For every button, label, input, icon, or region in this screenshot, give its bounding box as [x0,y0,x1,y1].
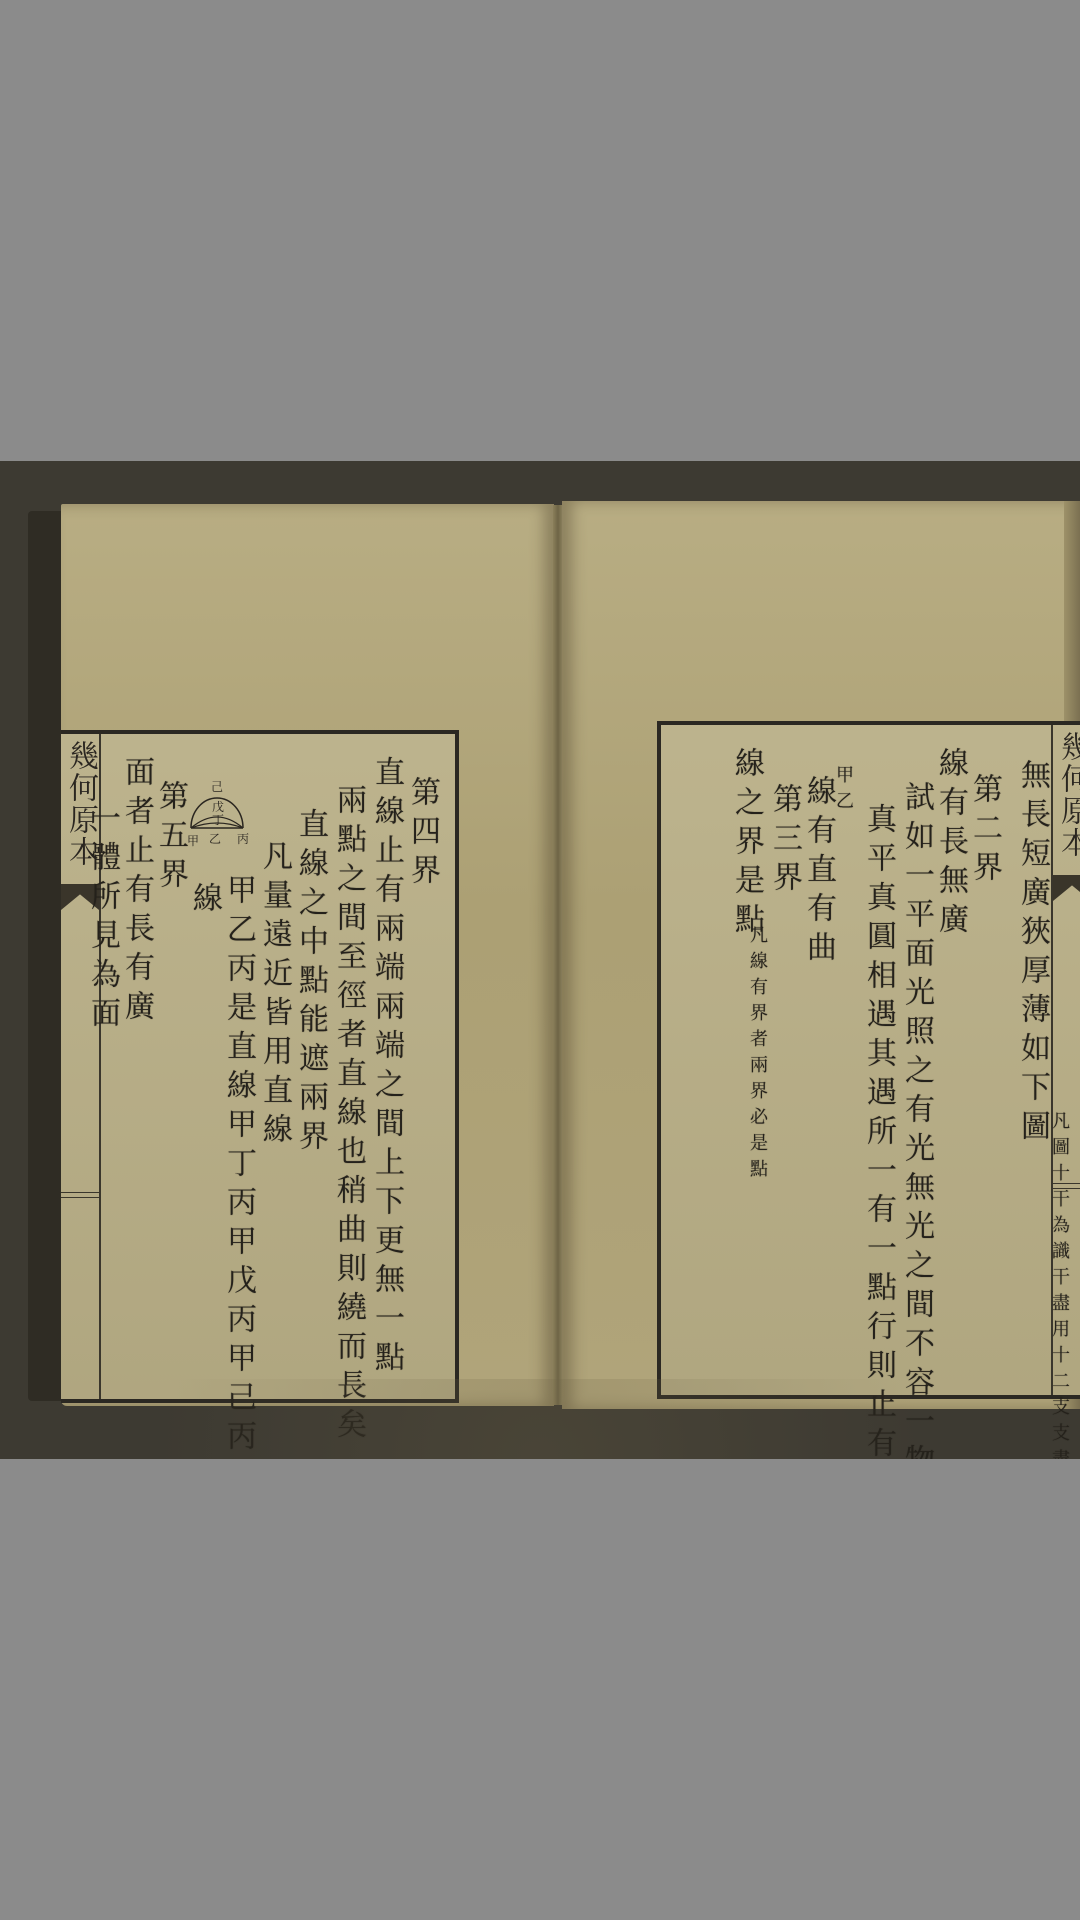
book-photo[interactable]: 甲乙丙丁而一有兩 其點若干是所 幾何原本 第四界 直線止有兩端兩端之間上下更無一… [0,461,1080,1459]
text-column: 直線止有兩端兩端之間上下更無一點 [369,756,403,1380]
text-column: 真平真圓相遇其遇所一有一點行則止有一線 [861,803,895,1459]
diagram-label: 甲 [187,832,199,849]
text-column: 線有直有曲 [801,775,835,970]
text-column: 無長短廣狹厚薄如下圖 [1015,759,1049,1149]
table-surface [0,1379,1080,1459]
arc-diagram: 己 戊 丁 甲 乙 丙 [187,784,247,844]
heading-column: 第二界 [967,773,1001,890]
right-page: 大如體平 如光寶其 幾何原本 無長短廣狹厚薄如下圖 凡圖十干為識干盡用十二支支盡… [562,501,1080,1409]
left-page-frame: 幾何原本 第四界 直線止有兩端兩端之間上下更無一點 兩點之間至徑者直線也稍曲則繞… [61,730,459,1403]
diagram-label: 己 [211,778,223,795]
viewer-bottom-band [0,1459,1080,1920]
heading-column: 第四界 [405,776,439,893]
heading-column: 第五界 [153,780,187,897]
note-column: 凡線有界者兩界必是點 [723,925,767,1185]
text-column: 凡量遠近皆用直線 [257,840,291,1152]
banxin-title: 幾何原本 [1053,731,1080,859]
text-column: 線有長無廣 [933,747,967,942]
diagram-label: 丁 [212,811,224,828]
text-column: 甲乙丙是直線甲丁丙甲戊丙甲己丙皆是曲 [221,874,255,1459]
text-column: 線之界是點 [729,747,763,942]
left-page: 甲乙丙丁而一有兩 其點若干是所 幾何原本 第四界 直線止有兩端兩端之間上下更無一… [61,504,554,1406]
text-column: 線 [187,882,221,921]
text-column: 一體所見為面 [85,802,119,1036]
fishtail-mark [1053,875,1080,901]
right-page-frame: 幾何原本 無長短廣狹厚薄如下圖 凡圖十干為識干盡用十二支支盡用八卦八音 第二界 … [657,721,1080,1399]
viewer-top-band [0,0,1080,461]
text-column: 面者止有長有廣 [119,756,153,1029]
text-column: 兩點之間至徑者直線也稍曲則繞而長矣 [331,784,365,1447]
figure-label: 甲乙 [833,765,853,817]
banxin-divider [61,1192,99,1198]
diagram-label: 丙 [237,830,249,847]
text-column: 直線之中點能遮兩界 [293,808,327,1159]
heading-column: 第三界 [767,783,801,900]
text-column: 試如一平面光照之有光無光之間不容一物是線也 [899,781,933,1459]
diagram-label: 乙 [209,830,221,847]
